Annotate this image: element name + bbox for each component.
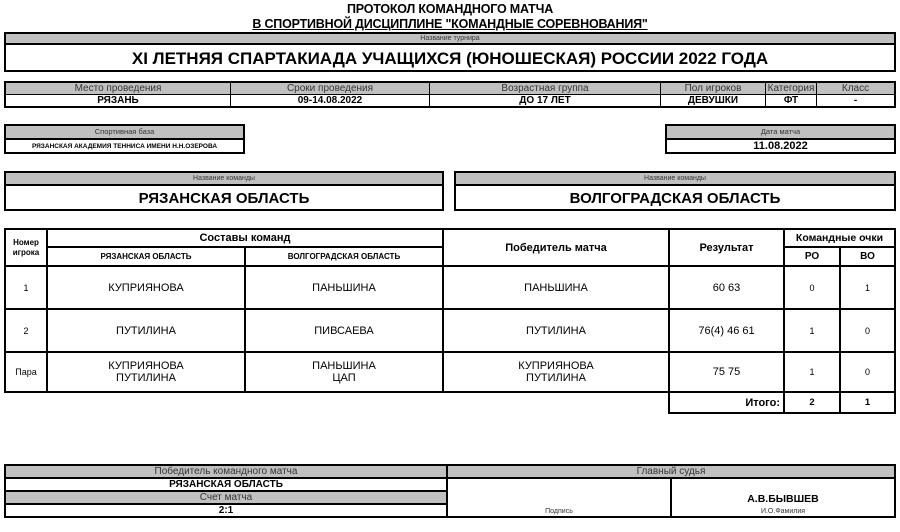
col-rosters: Составы команд [47, 229, 443, 247]
col-home-team: РЯЗАНСКАЯ ОБЛАСТЬ [47, 247, 245, 266]
points-po: 1 [784, 309, 840, 352]
match-score-value: 2:1 [5, 504, 447, 517]
match-result: 75 75 [669, 352, 784, 392]
points-vo: 0 [840, 309, 895, 352]
table-row: Пара КУПРИЯНОВА ПУТИЛИНА ПАНЬШИНА ЦАП КУ… [5, 352, 895, 392]
protocol-subtitle: В СПОРТИВНОЙ ДИСЦИПЛИНЕ "КОМАНДНЫЕ СОРЕВ… [0, 17, 900, 31]
age-value: ДО 17 ЛЕТ [430, 95, 661, 108]
points-po: 1 [784, 352, 840, 392]
col-team-points: Командные очки [784, 229, 895, 247]
home-team-label: Название команды [6, 173, 442, 186]
team-winner-label: Победитель командного матча [5, 465, 447, 478]
match-date-label: Дата матча [667, 126, 894, 140]
total-label: Итого: [669, 392, 784, 413]
gender-label: Пол игроков [661, 82, 766, 95]
head-referee-label: Главный судья [447, 465, 895, 478]
sport-base-value: РЯЗАНСКАЯ АКАДЕМИЯ ТЕННИСА ИМЕНИ Н.Н.ОЗЕ… [6, 140, 243, 153]
venue-label: Место проведения [5, 82, 231, 95]
match-results-table: Номер игрока Составы команд Победитель м… [4, 228, 896, 414]
home-player: КУПРИЯНОВА [47, 266, 245, 309]
away-player: ПАНЬШИНА ЦАП [245, 352, 443, 392]
event-info-table: Место проведения Сроки проведения Возрас… [4, 81, 896, 108]
referee-name-cell: А.В.БЫВШЕВ И.О.Фамилия [671, 478, 895, 517]
table-row: 2 ПУТИЛИНА ПИВСАЕВА ПУТИЛИНА 76(4) 46 61… [5, 309, 895, 352]
match-result: 76(4) 46 61 [669, 309, 784, 352]
venue-value: РЯЗАНЬ [5, 95, 231, 108]
home-team-name: РЯЗАНСКАЯ ОБЛАСТЬ [6, 186, 442, 211]
tournament-name: XI ЛЕТНЯЯ СПАРТАКИАДА УЧАЩИХСЯ (ЮНОШЕСКА… [6, 45, 894, 72]
away-player: ПАНЬШИНА [245, 266, 443, 309]
away-team-block: Название команды ВОЛГОГРАДСКАЯ ОБЛАСТЬ [454, 171, 896, 211]
referee-name: А.В.БЫВШЕВ [672, 493, 894, 505]
home-player: КУПРИЯНОВА ПУТИЛИНА [47, 352, 245, 392]
player-number: Пара [5, 352, 47, 392]
points-po: 0 [784, 266, 840, 309]
total-row: Итого: 2 1 [5, 392, 895, 413]
sport-base-label: Спортивная база [6, 126, 243, 140]
player-number: 2 [5, 309, 47, 352]
category-value: ФТ [766, 95, 817, 108]
match-winner: КУПРИЯНОВА ПУТИЛИНА [443, 352, 669, 392]
result-summary-table: Победитель командного матча Главный судь… [4, 464, 896, 518]
tournament-block: Название турнира XI ЛЕТНЯЯ СПАРТАКИАДА У… [4, 32, 896, 72]
home-player: ПУТИЛИНА [47, 309, 245, 352]
total-po: 2 [784, 392, 840, 413]
col-winner: Победитель матча [443, 229, 669, 266]
col-po: РО [784, 247, 840, 266]
category-label: Категория [766, 82, 817, 95]
referee-name-caption: И.О.Фамилия [672, 508, 894, 515]
class-label: Класс [817, 82, 896, 95]
match-winner: ПАНЬШИНА [443, 266, 669, 309]
signature-field: Подпись [447, 478, 671, 517]
away-player: ПИВСАЕВА [245, 309, 443, 352]
tournament-label: Название турнира [6, 34, 894, 45]
match-result: 60 63 [669, 266, 784, 309]
match-date-value: 11.08.2022 [667, 140, 894, 153]
dates-value: 09-14.08.2022 [231, 95, 430, 108]
team-winner-value: РЯЗАНСКАЯ ОБЛАСТЬ [5, 478, 447, 491]
match-winner: ПУТИЛИНА [443, 309, 669, 352]
sport-base-block: Спортивная база РЯЗАНСКАЯ АКАДЕМИЯ ТЕННИ… [4, 124, 245, 154]
total-vo: 1 [840, 392, 895, 413]
player-number: 1 [5, 266, 47, 309]
table-row: 1 КУПРИЯНОВА ПАНЬШИНА ПАНЬШИНА 60 63 0 1 [5, 266, 895, 309]
points-vo: 1 [840, 266, 895, 309]
points-vo: 0 [840, 352, 895, 392]
class-value: - [817, 95, 896, 108]
col-result: Результат [669, 229, 784, 266]
gender-value: ДЕВУШКИ [661, 95, 766, 108]
away-team-label: Название команды [456, 173, 894, 186]
away-team-name: ВОЛГОГРАДСКАЯ ОБЛАСТЬ [456, 186, 894, 211]
home-team-block: Название команды РЯЗАНСКАЯ ОБЛАСТЬ [4, 171, 444, 211]
col-player-number: Номер игрока [5, 229, 47, 266]
match-score-label: Счет матча [5, 491, 447, 504]
match-date-block: Дата матча 11.08.2022 [665, 124, 896, 154]
dates-label: Сроки проведения [231, 82, 430, 95]
col-vo: ВО [840, 247, 895, 266]
age-label: Возрастная группа [430, 82, 661, 95]
protocol-title: ПРОТОКОЛ КОМАНДНОГО МАТЧА [0, 2, 900, 16]
col-away-team: ВОЛГОГРАДСКАЯ ОБЛАСТЬ [245, 247, 443, 266]
